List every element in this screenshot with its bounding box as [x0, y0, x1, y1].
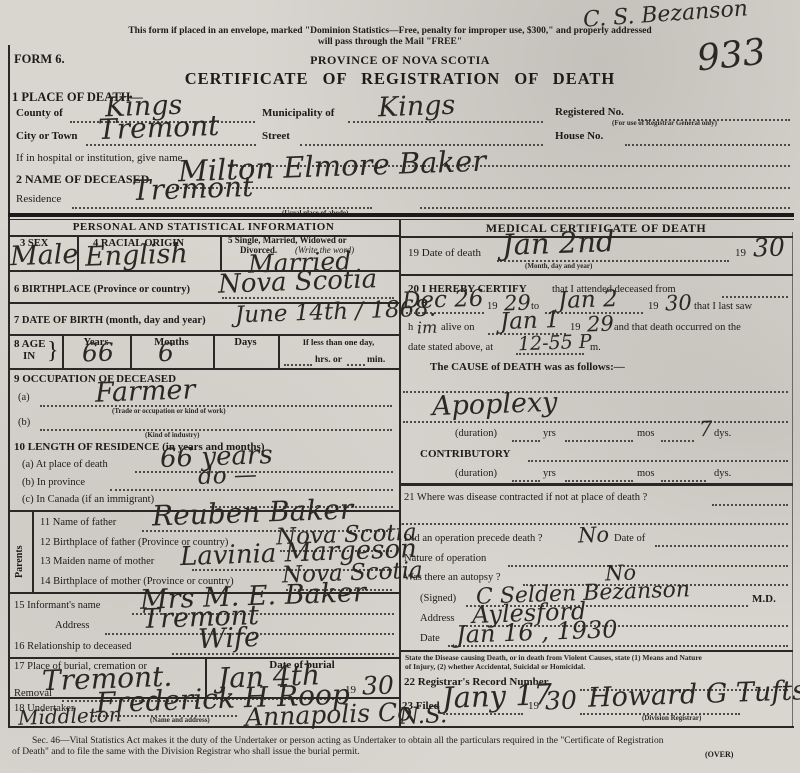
relationship-value: Wife: [198, 624, 261, 653]
dotted-line: [661, 479, 706, 482]
age-label-2: IN: [23, 350, 35, 362]
mother-name-label: 13 Maiden name of mother: [40, 556, 154, 567]
over-label: (OVER): [705, 750, 733, 759]
age-hrs-label: hrs. or: [315, 355, 342, 365]
marital-status-label-1: 5 Single, Married, Widowed or: [228, 235, 347, 245]
occupation-b-note: (Kind of industry): [145, 431, 199, 439]
date-of-death-value: Jan 2nd: [502, 227, 615, 260]
dotted-line: [516, 352, 584, 355]
rule: [8, 368, 399, 370]
filed-year-printed: 19: [528, 700, 539, 712]
envelope-note-line1: This form if placed in an envelope, mark…: [70, 26, 710, 36]
attended-to-year-printed: 19: [648, 301, 659, 312]
dotted-line: [565, 439, 633, 442]
occupation-b-label: (b): [18, 417, 30, 428]
form-number: FORM 6.: [14, 52, 65, 67]
him-her-value: im: [417, 320, 438, 337]
dotted-line: [172, 186, 790, 189]
undertaker-town-value: Middleton: [18, 704, 122, 728]
age-min-label: min.: [367, 355, 385, 365]
dotted-line: [110, 488, 393, 491]
operation-precede-value: No: [578, 524, 610, 546]
dotted-line: [443, 712, 523, 715]
residence-value: Tremont: [132, 173, 254, 205]
certify-text-6: date stated above, at: [408, 342, 493, 353]
length-b-label: (b) In province: [22, 477, 85, 488]
length-a-label: (a) At place of death: [22, 459, 108, 470]
duration-mos-label: mos: [637, 428, 655, 439]
informant-address-label: Address: [55, 620, 89, 631]
dotted-line: [565, 479, 633, 482]
age-days-label: Days: [213, 337, 278, 348]
certificate-date-value: Jan 16 , 1930: [456, 617, 618, 647]
dotted-line: [512, 439, 540, 442]
section-divider-rule: [8, 219, 794, 220]
dotted-line: [712, 503, 788, 506]
rule: [399, 650, 793, 652]
death-year-value: 30: [753, 234, 786, 260]
parents-box-divider: [32, 510, 34, 592]
autopsy-label: Was there an autopsy ?: [404, 572, 501, 583]
cause-of-death-label: The CAUSE of DEATH was as follows:—: [430, 361, 625, 373]
name-of-deceased-label: 2 NAME OF DECEASED: [16, 172, 149, 187]
dotted-line: [40, 428, 392, 431]
signed-label: (Signed): [420, 593, 456, 604]
age-years-value: 66: [82, 339, 115, 365]
dotted-line: [655, 544, 788, 547]
municipality-value: Kings: [378, 92, 456, 122]
informant-name-label: 15 Informant's name: [14, 600, 100, 611]
registered-no-note: (For use of Registrar General only): [612, 119, 717, 127]
municipality-label: Municipality of: [262, 107, 334, 119]
registered-no-label: Registered No.: [555, 106, 624, 118]
filed-year-value: 30: [545, 687, 578, 713]
certificate-title: CERTIFICATE OF REGISTRATION OF DEATH: [60, 69, 740, 89]
attended-to-year-value: 30: [665, 293, 692, 315]
age-label: 8 AGE: [14, 338, 45, 350]
hospital-label: If in hospital or institution, give name: [16, 152, 183, 164]
dotted-line: [528, 459, 788, 462]
city-town-value: Tremont: [98, 112, 220, 144]
burial-year-value: 30: [362, 672, 395, 698]
certify-text-7: m.: [590, 342, 601, 353]
city-town-label: City or Town: [16, 130, 78, 142]
operation-date-label: Date of: [614, 533, 645, 544]
death-year-printed: 19: [735, 247, 746, 259]
county-label: County of: [16, 107, 63, 119]
dotted-line: [722, 295, 788, 298]
relationship-label: 16 Relationship to deceased: [14, 641, 132, 652]
contributory-label: CONTRIBUTORY: [420, 448, 510, 460]
rule: [399, 274, 793, 276]
operation-precede-label: Did an operation precede death ?: [404, 533, 542, 544]
attended-to-value: Jan 2: [558, 288, 618, 313]
duration-days-value: 7: [699, 419, 713, 440]
violent-causes-note-2: of Injury, (2) whether Accidental, Suici…: [405, 662, 585, 671]
dotted-line: [508, 564, 788, 567]
physician-address-label: Address: [420, 613, 454, 624]
left-border-line: [8, 45, 10, 726]
date-of-death-note: (Month, day and year): [525, 262, 592, 270]
certify-text-3: h: [408, 322, 413, 333]
occupation-a-value: Farmer: [95, 376, 196, 406]
division-registrar-signature: Howard G Tufts: [588, 677, 800, 712]
contributory-dys-label: dys.: [714, 468, 731, 479]
rule: [8, 334, 399, 336]
dotted-line: [420, 206, 790, 209]
certify-text-2: that I last saw: [694, 301, 752, 312]
date-of-death-label: 19 Date of death: [408, 247, 481, 259]
dotted-line: [284, 363, 312, 366]
division-registrar-note: (Division Registrar): [642, 714, 701, 722]
residence-label: Residence: [16, 193, 61, 205]
last-saw-alive-value: Jan 1: [500, 309, 560, 334]
racial-origin-value: English: [85, 240, 189, 271]
dotted-line: [403, 420, 788, 423]
province-heading: PROVINCE OF NOVA SCOTIA: [200, 53, 600, 68]
certificate-date-label: Date: [420, 633, 440, 644]
attended-from-year-printed: 19: [487, 301, 498, 312]
duration-yrs-label: yrs: [543, 428, 556, 439]
duration-dys-label: dys.: [714, 428, 731, 439]
occupation-a-label: (a): [18, 392, 30, 403]
dotted-line: [661, 439, 694, 442]
md-label: M.D.: [752, 593, 776, 605]
violent-causes-note-1: State the Disease causing Death, or in d…: [405, 653, 702, 662]
dotted-line: [347, 363, 365, 366]
age-less-than-day-label: If less than one day,: [280, 337, 397, 347]
house-no-label: House No.: [555, 130, 603, 142]
certify-text-4: alive on: [441, 322, 475, 333]
undertaker-note: (Name and address): [150, 716, 210, 724]
section-divider-bar: [8, 213, 794, 217]
length-b-value: do —: [198, 464, 258, 489]
length-c-label: (c) In Canada (if an immigrant): [22, 494, 154, 505]
parents-side-label: Parents: [14, 545, 25, 578]
street-label: Street: [262, 130, 290, 142]
envelope-note-line2: will pass through the Mail "FREE": [70, 37, 710, 47]
footer-statute-line-2: of Death" and to file the same with the …: [12, 747, 360, 757]
nature-of-operation-label: Nature of operation: [404, 553, 486, 564]
date-of-birth-label: 7 DATE OF BIRTH (month, day and year): [14, 315, 206, 326]
age-months-value: 6: [158, 340, 175, 366]
certify-text-5: and that death occurred on the: [614, 322, 741, 333]
cause-of-death-value: Apoplexy: [432, 389, 558, 420]
personal-section-heading: PERSONAL AND STATISTICAL INFORMATION: [8, 221, 399, 233]
occupation-a-note: (Trade or occupation or kind of work): [112, 407, 226, 415]
contributory-mos-label: mos: [637, 468, 655, 479]
father-name-label: 11 Name of father: [40, 517, 116, 528]
age-brace-glyph: }: [47, 338, 59, 365]
dotted-line: [512, 479, 540, 482]
death-certificate-document: C. S. Bezanson This form if placed in an…: [0, 0, 800, 773]
birthplace-label: 6 BIRTHPLACE (Province or country): [14, 284, 190, 295]
birthplace-value: Nova Scotia: [218, 266, 378, 298]
footer-statute-line-1: Sec. 46—Vital Statistics Act makes it th…: [32, 736, 663, 746]
attended-from-value: Dec 26: [402, 288, 484, 314]
contributory-yrs-label: yrs: [543, 468, 556, 479]
contributory-duration-label: (duration): [455, 468, 497, 479]
dotted-line: [625, 143, 790, 146]
disease-contracted-label: 21 Where was disease contracted if not a…: [404, 492, 647, 503]
sex-value: Male: [10, 241, 79, 270]
cell-divider: [220, 235, 222, 270]
undertaker-county-value: Annapolis Co: [245, 699, 413, 730]
heavy-rule: [399, 483, 793, 486]
dotted-line: [406, 311, 484, 314]
duration-label: (duration): [455, 428, 497, 439]
